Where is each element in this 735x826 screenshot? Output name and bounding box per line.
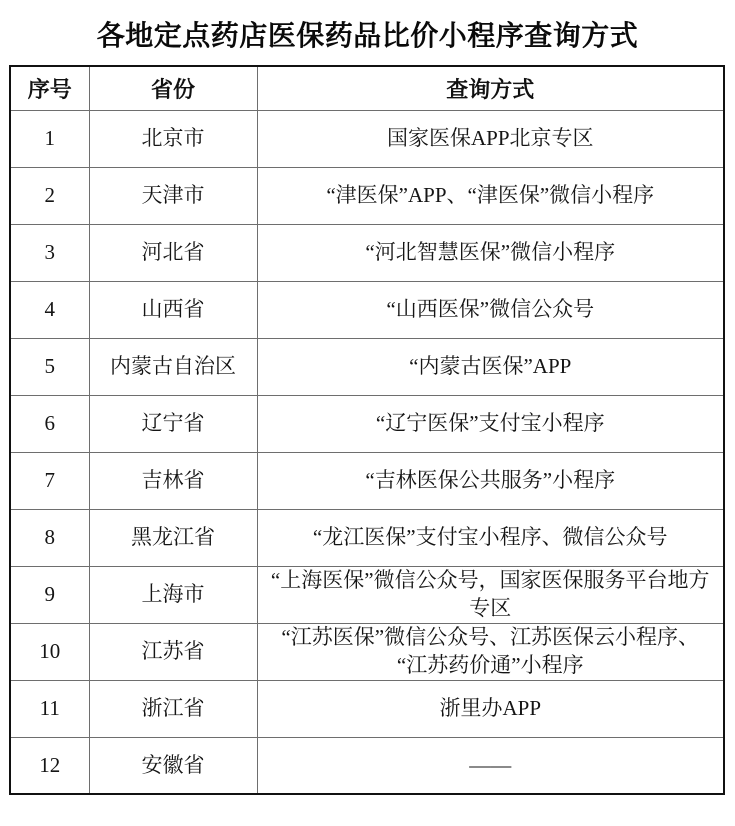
row-number-cell: 4 [10, 281, 89, 338]
column-header-province: 省份 [89, 66, 257, 110]
query-method-cell: “内蒙古医保”APP [257, 338, 724, 395]
header-row: 序号 省份 查询方式 [10, 66, 724, 110]
province-cell: 河北省 [89, 224, 257, 281]
query-method-cell: “龙江医保”支付宝小程序、微信公众号 [257, 509, 724, 566]
table-body: 1北京市国家医保APP北京专区2天津市“津医保”APP、“津医保”微信小程序3河… [10, 110, 724, 794]
row-number-cell: 8 [10, 509, 89, 566]
table-row: 1北京市国家医保APP北京专区 [10, 110, 724, 167]
table-row: 12安徽省—— [10, 737, 724, 794]
row-number-cell: 9 [10, 566, 89, 623]
table-row: 10江苏省“江苏医保”微信公众号、江苏医保云小程序、 “江苏药价通”小程序 [10, 623, 724, 680]
row-number-cell: 1 [10, 110, 89, 167]
province-cell: 天津市 [89, 167, 257, 224]
query-method-cell: “辽宁医保”支付宝小程序 [257, 395, 724, 452]
query-method-cell: “上海医保”微信公众号，国家医保服务平台地方专区 [257, 566, 724, 623]
province-cell: 黑龙江省 [89, 509, 257, 566]
query-method-cell: 国家医保APP北京专区 [257, 110, 724, 167]
table-row: 3河北省“河北智慧医保”微信小程序 [10, 224, 724, 281]
province-cell: 山西省 [89, 281, 257, 338]
province-cell: 内蒙古自治区 [89, 338, 257, 395]
province-cell: 辽宁省 [89, 395, 257, 452]
province-cell: 吉林省 [89, 452, 257, 509]
query-method-cell: —— [257, 737, 724, 794]
table-row: 7吉林省“吉林医保公共服务”小程序 [10, 452, 724, 509]
table-row: 11浙江省浙里办APP [10, 680, 724, 737]
document-page: 各地定点药店医保药品比价小程序查询方式 序号 省份 查询方式 1北京市国家医保A… [0, 0, 735, 826]
query-method-cell: 浙里办APP [257, 680, 724, 737]
row-number-cell: 7 [10, 452, 89, 509]
column-header-method: 查询方式 [257, 66, 724, 110]
table-header: 序号 省份 查询方式 [10, 66, 724, 110]
table-row: 2天津市“津医保”APP、“津医保”微信小程序 [10, 167, 724, 224]
row-number-cell: 11 [10, 680, 89, 737]
medical-insurance-price-query-table: 序号 省份 查询方式 1北京市国家医保APP北京专区2天津市“津医保”APP、“… [9, 65, 725, 795]
row-number-cell: 5 [10, 338, 89, 395]
query-method-cell: “津医保”APP、“津医保”微信小程序 [257, 167, 724, 224]
table-row: 5内蒙古自治区“内蒙古医保”APP [10, 338, 724, 395]
row-number-cell: 6 [10, 395, 89, 452]
province-cell: 浙江省 [89, 680, 257, 737]
province-cell: 安徽省 [89, 737, 257, 794]
province-cell: 北京市 [89, 110, 257, 167]
province-cell: 上海市 [89, 566, 257, 623]
table-row: 9上海市“上海医保”微信公众号，国家医保服务平台地方专区 [10, 566, 724, 623]
query-method-cell: “江苏医保”微信公众号、江苏医保云小程序、 “江苏药价通”小程序 [257, 623, 724, 680]
table-row: 6辽宁省“辽宁医保”支付宝小程序 [10, 395, 724, 452]
province-cell: 江苏省 [89, 623, 257, 680]
row-number-cell: 3 [10, 224, 89, 281]
query-method-cell: “河北智慧医保”微信小程序 [257, 224, 724, 281]
table-row: 4山西省“山西医保”微信公众号 [10, 281, 724, 338]
column-header-no: 序号 [10, 66, 89, 110]
row-number-cell: 10 [10, 623, 89, 680]
table-row: 8黑龙江省“龙江医保”支付宝小程序、微信公众号 [10, 509, 724, 566]
query-method-cell: “吉林医保公共服务”小程序 [257, 452, 724, 509]
row-number-cell: 12 [10, 737, 89, 794]
query-method-cell: “山西医保”微信公众号 [257, 281, 724, 338]
row-number-cell: 2 [10, 167, 89, 224]
page-title: 各地定点药店医保药品比价小程序查询方式 [0, 0, 735, 65]
